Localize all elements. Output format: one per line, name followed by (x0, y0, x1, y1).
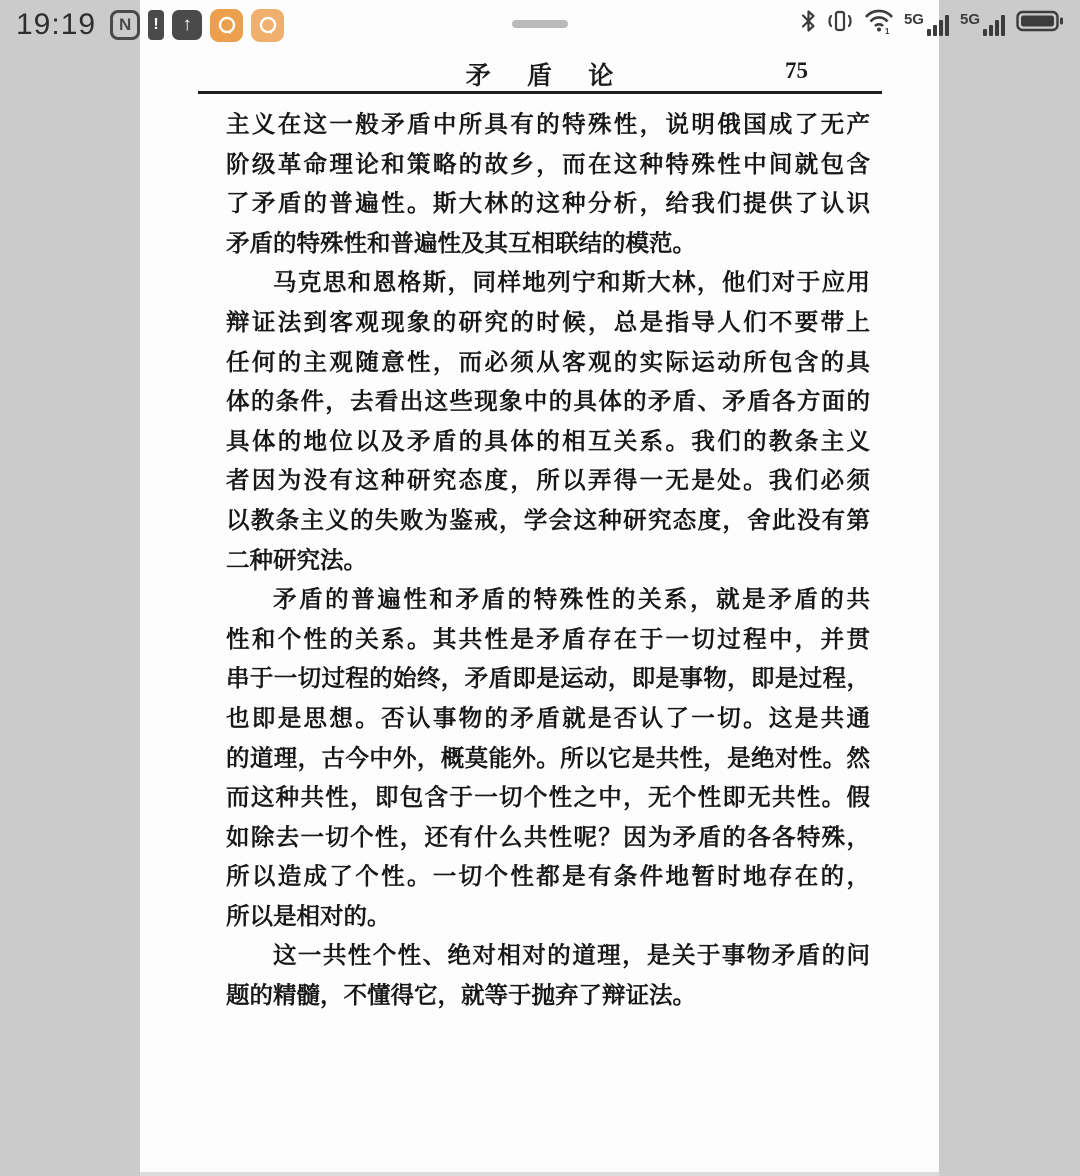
wifi-icon: 1 (863, 8, 895, 39)
status-bar: 19:19 N ! ↑ (0, 0, 1080, 48)
text-line: 辩证法到客观现象的研究的时候，总是指导人们不要带上 (226, 304, 870, 344)
text-line: 也即是思想。否认事物的矛盾就是否认了一切。这是共通 (226, 700, 870, 740)
text-line: 具体的地位以及矛盾的具体的相互关系。我们的教条主义 (226, 423, 870, 463)
text-line: 题的精髓，不懂得它，就等于抛弃了辩证法。 (226, 977, 870, 1017)
text-line: 者因为没有这种研究态度，所以弄得一无是处。我们必须 (226, 462, 870, 502)
battery-icon (1016, 9, 1064, 38)
battery-alert-icon: ! (148, 10, 164, 40)
header-rule (198, 91, 882, 94)
nfc-icon: N (110, 10, 140, 40)
status-bar-right: 1 5G 5G (800, 8, 1064, 39)
page-number: 75 (785, 58, 808, 84)
text-line: 而这种共性，即包含于一切个性之中，无个性即无共性。假 (226, 779, 870, 819)
page-gap (140, 1172, 939, 1176)
text-line: 如除去一切个性，还有什么共性呢？因为矛盾的各各特殊， (226, 819, 870, 859)
text-line: 这一共性个性、绝对相对的道理，是关于事物矛盾的问 (226, 937, 870, 977)
text-line: 阶级革命理论和策略的故乡，而在这种特殊性中间就包含 (226, 146, 870, 186)
text-line: 马克思和恩格斯，同样地列宁和斯大林，他们对于应用 (226, 264, 870, 304)
text-line: 矛盾的普遍性和矛盾的特殊性的关系，就是矛盾的共 (226, 581, 870, 621)
svg-text:1: 1 (885, 27, 890, 34)
text-line: 主义在这一般矛盾中所具有的特殊性，说明俄国成了无产 (226, 106, 870, 146)
text-line: 所以造成了个性。一切个性都是有条件地暂时地存在的， (226, 858, 870, 898)
app-notification-icon (210, 9, 243, 42)
network-type-label: 5G (960, 11, 980, 28)
drag-handle[interactable] (512, 20, 568, 28)
clock-time: 19:19 (16, 8, 96, 42)
text-line: 任何的主观随意性，而必须从客观的实际运动所包含的具 (226, 344, 870, 384)
signal-5g-sim1-icon: 5G (904, 11, 951, 37)
signal-5g-sim2-icon: 5G (960, 11, 1007, 37)
bluetooth-icon (800, 9, 817, 38)
page-text: 主义在这一般矛盾中所具有的特殊性，说明俄国成了无产阶级革命理论和策略的故乡，而在… (226, 106, 870, 1017)
vibrate-icon (826, 9, 854, 38)
app-notification-icon (251, 9, 284, 42)
text-line: 矛盾的特殊性和普遍性及其互相联结的模范。 (226, 225, 870, 265)
upload-arrow-icon: ↑ (172, 10, 202, 40)
text-line: 以教条主义的失败为鉴戒，学会这种研究态度，舍此没有第 (226, 502, 870, 542)
text-line: 体的条件，去看出这些现象中的具体的矛盾、矛盾各方面的 (226, 383, 870, 423)
text-line: 串于一切过程的始终，矛盾即是运动，即是事物，即是过程， (226, 660, 870, 700)
network-type-label: 5G (904, 11, 924, 28)
book-page[interactable]: 矛 盾 论 75 主义在这一般矛盾中所具有的特殊性，说明俄国成了无产阶级革命理论… (140, 0, 939, 1172)
text-line: 所以是相对的。 (226, 898, 870, 938)
status-bar-left: 19:19 N ! ↑ (16, 8, 284, 42)
page-title: 矛 盾 论 (140, 56, 939, 92)
text-line: 二种研究法。 (226, 542, 870, 582)
text-line: 的道理，古今中外，概莫能外。所以它是共性，是绝对性。然 (226, 740, 870, 780)
text-line: 性和个性的关系。其共性是矛盾存在于一切过程中，并贯 (226, 621, 870, 661)
phone-screen: 矛 盾 论 75 主义在这一般矛盾中所具有的特殊性，说明俄国成了无产阶级革命理论… (0, 0, 1080, 1176)
text-line: 了矛盾的普遍性。斯大林的这种分析，给我们提供了认识 (226, 185, 870, 225)
